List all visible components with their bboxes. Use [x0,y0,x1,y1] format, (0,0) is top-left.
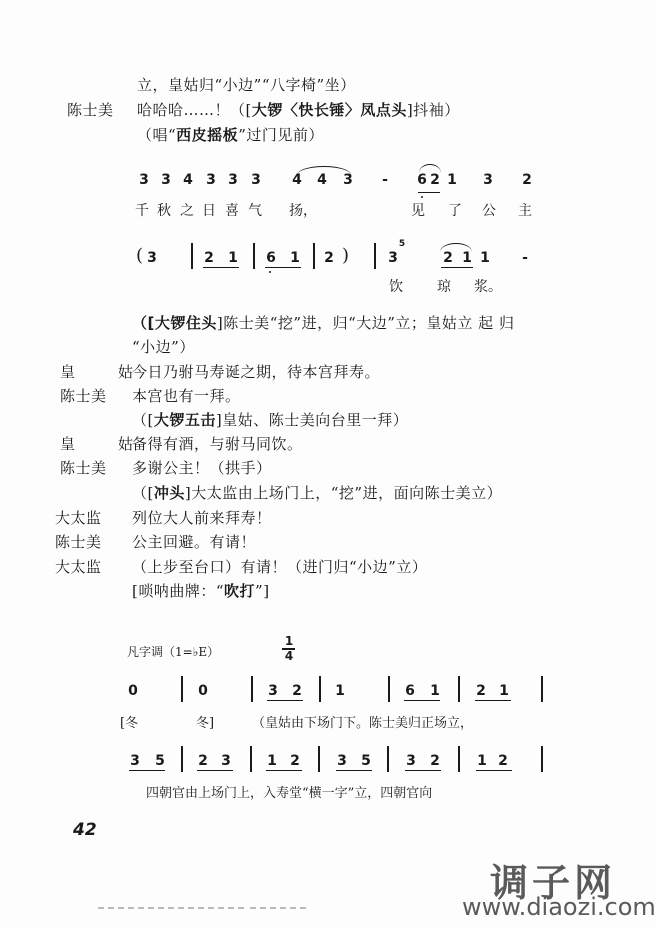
note: 3 [386,250,400,266]
underline-beam [266,770,302,771]
stage-direction-text: 立，皇姑归“小边”“八字椅”坐） [137,76,356,94]
note: 0 [196,683,210,699]
lyric: 浆。 [474,276,502,296]
stage-text: （[ [132,411,154,429]
note: 1 [475,753,489,769]
stage-direction-line: （[大锣住头]陈士美“挖”进，归“大边”立；皇姑立 起 归 [132,313,514,333]
note: 1 [226,250,240,266]
note: 3 [226,172,240,188]
dialogue-text: 今日乃驸马寿诞之期，待本宫拜寿。 [132,362,380,382]
percussion-cue: 冲头 [154,484,185,502]
underline-beam [404,700,440,701]
note: 2 [474,683,488,699]
note: 2 [441,250,455,266]
cue-text: ”过门见前） [238,126,324,144]
note: 3 [159,172,173,188]
time-signature-top: 1 [283,635,295,647]
note: 2 [290,683,304,699]
bar-line [458,746,460,772]
scan-artifact [98,907,248,909]
underline-beam [441,267,473,268]
lyric: 扬， [289,200,317,220]
note: 2 [428,172,442,188]
stage-text: ]皇姑、陈士美向台里一拜） [216,411,408,429]
dialogue-text: 哈哈哈……！（[ [137,101,252,119]
low-octave-dot [269,271,271,273]
speaker-label: 陈士美 [60,386,107,406]
stage-text: ]陈士美“挖”进，归“大边”立；皇姑立 起 归 [217,314,515,332]
note: 4 [290,172,304,188]
dialogue-text: ]抖袖） [407,101,460,119]
bar-line [458,676,460,702]
bar-line [374,243,376,269]
cue-text: [唢呐曲牌：“ [132,582,224,600]
lyric: 千 [135,200,149,220]
bar-line [191,243,193,269]
dialogue-text: （上步至台口）有请！（进门归“小边”立） [132,557,427,577]
note: 5 [153,753,167,769]
underline-beam [265,267,301,268]
bar-line [541,746,543,772]
open-paren: ( [136,245,143,266]
lyric: 喜 [225,200,239,220]
note: 3 [145,250,159,266]
note: 2 [202,250,216,266]
note: 3 [481,172,495,188]
note: 3 [128,753,142,769]
dialogue-text: 本宫也有一拜。 [132,386,241,406]
note: 2 [322,250,336,266]
percussion-cue: 大锣五击 [154,411,216,429]
note: 1 [478,250,492,266]
close-paren: ) [342,245,349,266]
note: 3 [341,172,355,188]
note: 2 [196,753,210,769]
page-number: 42 [73,820,97,840]
note: 3 [204,172,218,188]
lyric: 见 [411,200,425,220]
grace-note: 5 [396,238,408,250]
note: 1 [445,172,459,188]
cue-text: ”] [255,582,270,600]
underline-beam [267,700,303,701]
note: 1 [460,250,474,266]
dialogue-text: 备得有酒，与驸马同饮。 [132,434,303,454]
bar-line [253,243,255,269]
note: 6 [415,172,429,188]
bar-line [319,676,321,702]
note: 6 [403,683,417,699]
bar-line [387,746,389,772]
scan-artifact [250,907,310,909]
lyric: 之 [180,200,194,220]
stage-direction-text: 四朝官由上场门上，入寿堂“横一字”立，四朝官向 [146,782,432,801]
key-signature: 凡字调（1=♭E） [127,643,219,660]
underline-beam [405,770,441,771]
lyric: 日 [202,200,216,220]
qupai-cue: [唢呐曲牌：“吹打”] [132,581,270,601]
underline-beam [418,192,440,193]
lyric: 琼 [437,276,451,296]
note: 2 [428,753,442,769]
underline-beam [197,770,233,771]
time-signature-bottom: 4 [283,650,295,662]
speaker-label: 大太监 [55,508,102,528]
dialogue-text: 公主回避。有请！ [132,532,256,552]
lyric: 气 [248,200,262,220]
watermark-url[interactable]: www.diaozi.com [462,893,655,921]
speaker-label: 陈士美 [67,100,114,120]
note: 2 [288,753,302,769]
note: 3 [266,683,280,699]
qupai-name: 吹打 [224,582,255,600]
note: 3 [219,753,233,769]
percussion-cue: 大锣住头 [155,314,217,332]
note: 6 [264,250,278,266]
note: 2 [496,753,510,769]
dash-extension: - [518,250,532,266]
lyric: 了 [448,200,462,220]
note: 1 [497,683,511,699]
note: 1 [428,683,442,699]
bar-line [181,676,183,702]
dash-extension: - [378,172,392,188]
bar-line [250,746,252,772]
lyric: 公 [482,200,496,220]
note: 3 [249,172,263,188]
singing-cue-line: （唱“西皮摇板”过门见前） [137,125,324,145]
percussion-cue: 大锣〈快长锤〉凤点头 [252,101,407,119]
note: 3 [404,753,418,769]
stage-text: （[ [132,484,154,502]
stage-text: （[ [132,314,155,332]
stage-direction-line: （[大锣五击]皇姑、陈士美向台里一拜） [132,410,408,430]
note: 1 [288,250,302,266]
low-octave-dot [421,196,423,198]
lyric: 饮 [389,276,403,296]
note: 4 [315,172,329,188]
dialogue-text: 列位大人前来拜寿！ [132,508,272,528]
underline-beam [476,770,512,771]
stage-direction-line: （[冲头]大太监由上场门上，“挖”进，面向陈士美立） [132,483,502,503]
bar-line [541,676,543,702]
note: 4 [181,172,195,188]
bar-line [251,676,253,702]
bar-line [388,676,390,702]
note: 3 [335,753,349,769]
underline-beam [336,770,372,771]
stage-text: ]大太监由上场门上，“挖”进，面向陈士美立） [185,484,502,502]
note: 5 [359,753,373,769]
note: 1 [265,753,279,769]
cue-text: （唱“ [137,126,176,144]
percussion-syllable: 冬] [196,712,214,731]
bar-line [313,243,315,269]
speaker-label: 陈士美 [60,458,107,478]
dialogue-text: 多谢公主！（拱手） [132,458,272,478]
stage-direction-line: 立，皇姑归“小边”“八字椅”坐） [137,75,356,95]
bar-line [318,746,320,772]
note: 2 [520,172,534,188]
speaker-label: 大太监 [55,557,102,577]
aria-type: 西皮摇板 [176,126,238,144]
bar-line [181,746,183,772]
underline-beam [129,770,165,771]
lyric: 秋 [157,200,171,220]
note: 3 [137,172,151,188]
stage-direction-text: （皇姑由下场门下。陈士美归正场立， [252,712,473,731]
percussion-syllable: [冬 [120,712,138,731]
lyric: 主 [518,200,532,220]
speaker-label: 陈士美 [55,532,102,552]
underline-beam [203,267,239,268]
dialogue-line: 哈哈哈……！（[大锣〈快长锤〉凤点头]抖袖） [137,100,460,120]
underline-beam [475,700,511,701]
stage-direction-continuation: “小边”） [132,337,195,357]
note: 0 [126,683,140,699]
note: 1 [333,683,347,699]
